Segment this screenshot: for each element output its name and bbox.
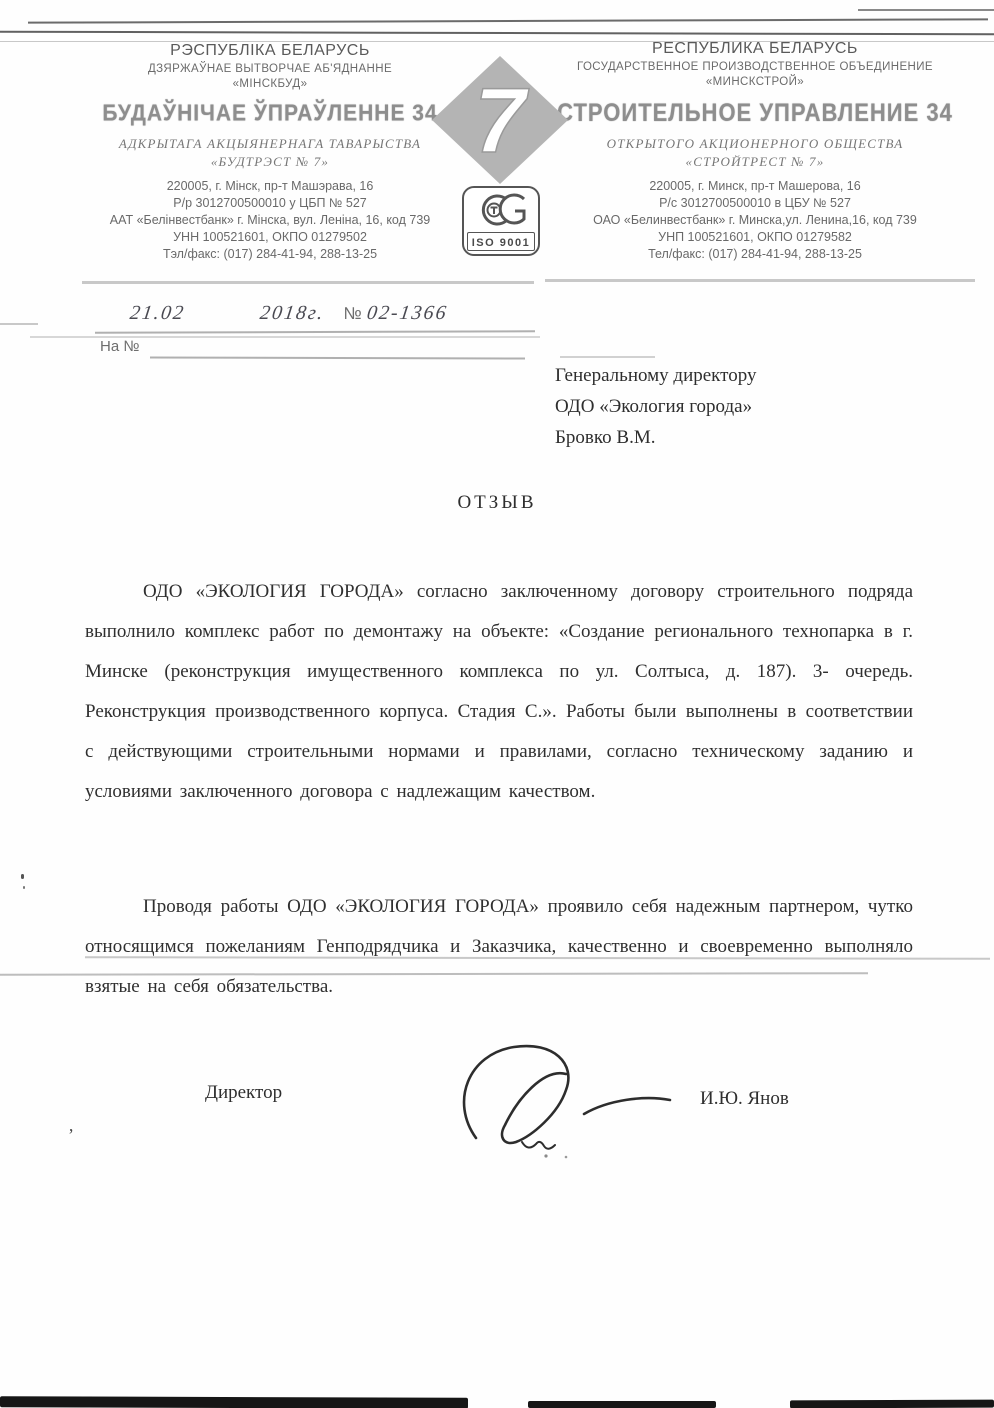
left-society-line1: АДКРЫТАГА АКЦЫЯНЕРНАГА ТАВАРЫСТВА bbox=[95, 136, 445, 152]
right-account: Р/с 3012700500010 в ЦБУ № 527 bbox=[545, 195, 965, 212]
handwritten-year: 2018г. bbox=[258, 302, 326, 325]
right-requisites: 220005, г. Минск, пр-т Машерова, 16 Р/с … bbox=[545, 178, 965, 263]
scan-artifact-bottom-bar-2 bbox=[528, 1401, 716, 1408]
scan-artifact-top-line-2 bbox=[28, 18, 988, 23]
scan-artifact-bottom-bar-3 bbox=[790, 1400, 994, 1408]
date-underline bbox=[95, 330, 535, 334]
left-org-line2: «МІНСКБУД» bbox=[95, 78, 445, 90]
body-paragraph-2: Проводя работы ОДО «ЭКОЛОГИЯ ГОРОДА» про… bbox=[85, 887, 913, 1007]
reply-underline bbox=[150, 357, 525, 360]
apostrophe-artifact: ’ bbox=[68, 1125, 74, 1146]
left-phone: Тэл/факс: (017) 284-41-94, 288-13-25 bbox=[95, 246, 445, 263]
addressee-block: Генеральному директору ОДО «Экология гор… bbox=[555, 360, 885, 453]
left-address: 220005, г. Мінск, пр-т Машэрава, 16 bbox=[95, 178, 445, 195]
right-org-line1: ГОСУДАРСТВЕННОЕ ПРОИЗВОДСТВЕННОЕ ОБЪЕДИН… bbox=[545, 61, 965, 73]
addressee-company: ОДО «Экология города» bbox=[555, 391, 885, 422]
right-bank: ОАО «Белинвестбанк» г. Минска,ул. Ленина… bbox=[545, 212, 965, 229]
left-department-name: БУДАЎНІЧАЕ ЎПРАЎЛЕННЕ 34 bbox=[95, 101, 445, 128]
handwritten-date: 21.02 bbox=[128, 302, 186, 325]
header-separator-right bbox=[545, 279, 975, 282]
right-society-line2: «СТРОЙТРЕСТ № 7» bbox=[545, 154, 965, 170]
left-country-name: РЭСПУБЛІКА БЕЛАРУСЬ bbox=[95, 42, 445, 60]
signature-scribble bbox=[448, 1040, 678, 1160]
reply-to-label: На № bbox=[100, 338, 139, 355]
right-address: 220005, г. Минск, пр-т Машерова, 16 bbox=[545, 178, 965, 195]
scan-artifact-top-line-1 bbox=[858, 9, 994, 11]
header-separator-left bbox=[82, 281, 534, 284]
body-paragraph-1: ОДО «ЭКОЛОГИЯ ГОРОДА» согласно заключенн… bbox=[85, 572, 913, 812]
margin-dash-left bbox=[0, 323, 38, 325]
scan-artifact-top-line-3 bbox=[0, 31, 994, 36]
addressee-position: Генеральному директору bbox=[555, 360, 885, 391]
iso-label: ISO 9001 bbox=[472, 237, 530, 249]
left-codes: УНН 100521601, ОКПО 01279502 bbox=[95, 229, 445, 246]
signatory-position: Директор bbox=[205, 1082, 282, 1104]
letterhead-right-column: РЕСПУБЛИКА БЕЛАРУСЬ ГОСУДАРСТВЕННОЕ ПРОИ… bbox=[545, 40, 965, 263]
right-phone: Тел/факс: (017) 284-41-94, 288-13-25 bbox=[545, 246, 965, 263]
left-society-line2: «БУДТРЭСТ № 7» bbox=[95, 154, 445, 170]
signatory-name: И.Ю. Янов bbox=[700, 1088, 789, 1110]
left-account: Р/р 3012700500010 у ЦБП № 527 bbox=[95, 195, 445, 212]
scan-artifact-bottom-bar-1 bbox=[0, 1396, 468, 1408]
addressee-name: Бровко В.М. bbox=[555, 422, 885, 453]
iso-certification-badge: ISO 9001 bbox=[462, 186, 540, 256]
iso-label-box: ISO 9001 bbox=[467, 232, 535, 251]
letterhead-left-column: РЭСПУБЛІКА БЕЛАРУСЬ ДЗЯРЖАЎНАЕ ВЫТВОРЧАЕ… bbox=[95, 42, 445, 263]
left-requisites: 220005, г. Мінск, пр-т Машэрава, 16 Р/р … bbox=[95, 178, 445, 263]
right-org-line2: «МИНСКСТРОЙ» bbox=[545, 76, 965, 88]
right-society-line1: ОТКРЫТОГО АКЦИОНЕРНОГО ОБЩЕСТВА bbox=[545, 136, 965, 152]
margin-dot-artifact bbox=[21, 874, 24, 879]
right-country-name: РЕСПУБЛИКА БЕЛАРУСЬ bbox=[545, 40, 965, 58]
logo-digit: 7 bbox=[474, 70, 529, 172]
right-codes: УНП 100521601, ОКПО 01279582 bbox=[545, 229, 965, 246]
number-sign: № bbox=[344, 304, 362, 323]
stb-monogram-icon bbox=[472, 191, 528, 227]
margin-dot-artifact-2 bbox=[23, 886, 25, 889]
company-logo-diamond-7-icon: 7 bbox=[428, 52, 572, 188]
reply-underline-2 bbox=[560, 356, 655, 358]
handwritten-number: 02-1366 bbox=[365, 302, 449, 325]
left-bank: ААТ «Белінвестбанк» г. Мінска, вул. Лені… bbox=[95, 212, 445, 229]
document-title: ОТЗЫВ bbox=[0, 492, 994, 514]
reference-line: 21.02 2018г. № 02-1366 bbox=[130, 302, 447, 325]
right-department-name: СТРОИТЕЛЬНОЕ УПРАВЛЕНИЕ 34 bbox=[545, 98, 965, 127]
left-org-line1: ДЗЯРЖАЎНАЕ ВЫТВОРЧАЕ АБ'ЯДНАННЕ bbox=[95, 63, 445, 75]
